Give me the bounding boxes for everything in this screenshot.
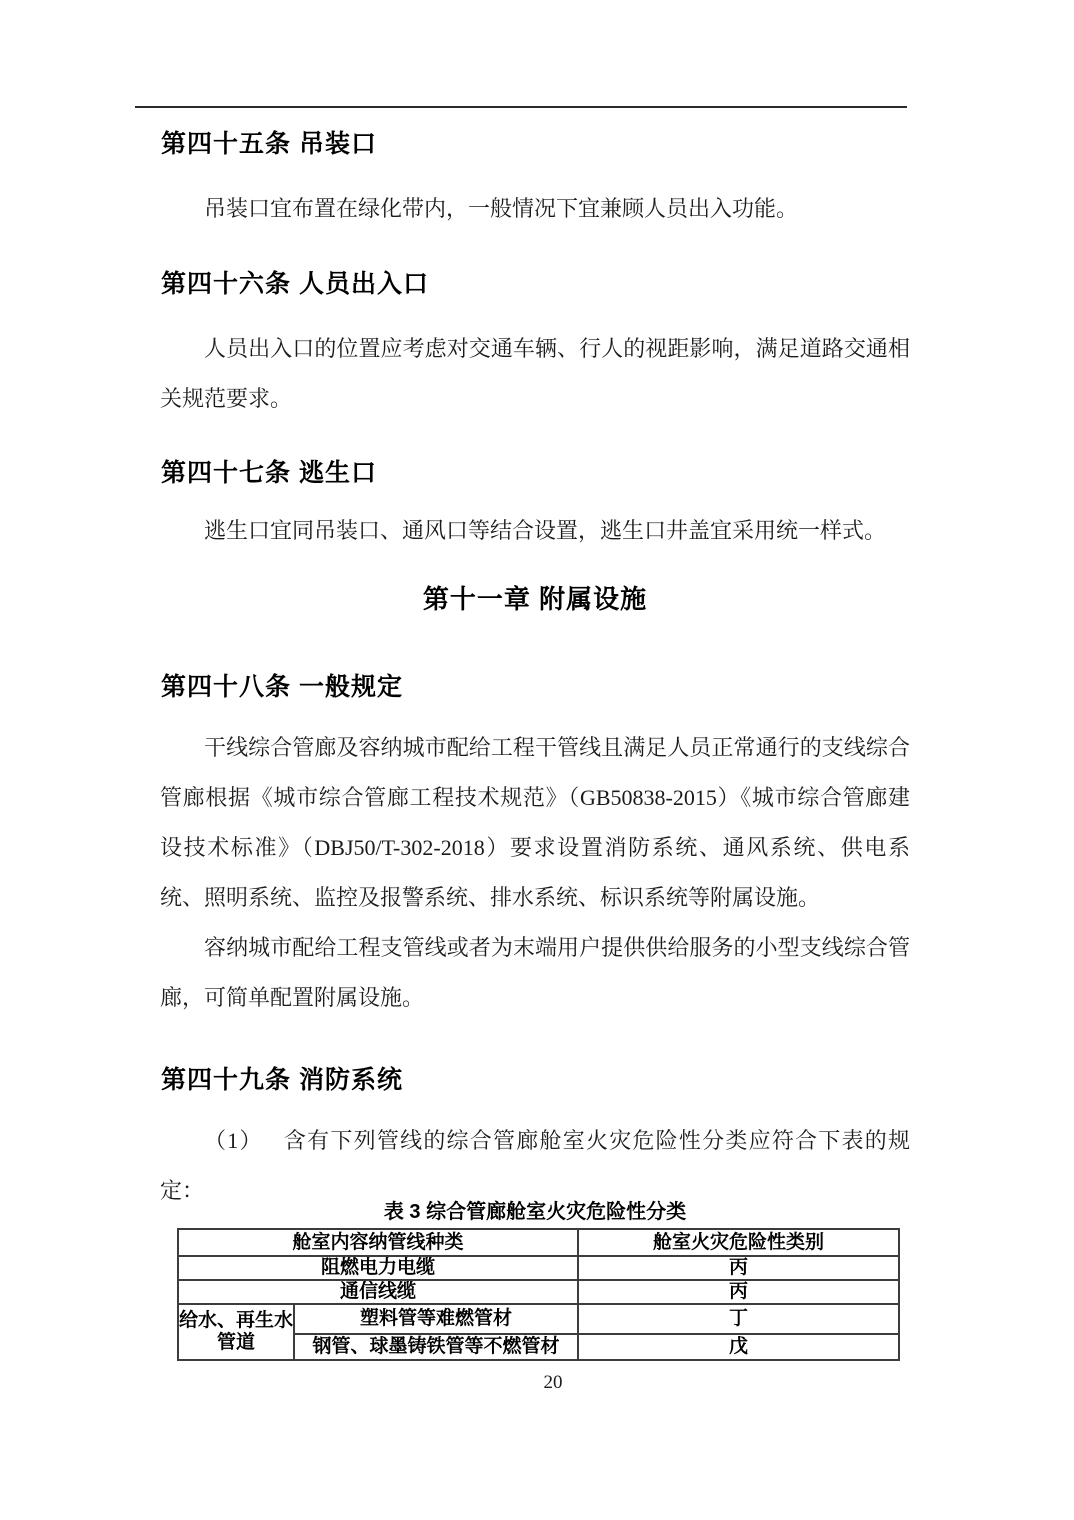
table-cell-hazard: 戊 [578,1334,899,1360]
hazard-classification-table: 舱室内容纳管线种类 舱室火灾危险性类别 阻燃电力电缆 丙 通信线缆 丙 给水、再… [177,1228,900,1361]
table-cell-pipeline: 通信线缆 [178,1280,578,1304]
table-header-pipeline-type: 舱室内容纳管线种类 [178,1229,578,1256]
article-48-paragraph-2: 容纳城市配给工程支管线或者为末端用户提供供给服务的小型支线综合管廊，可简单配置附… [160,923,910,1023]
document-page: 第四十五条 吊装口 吊装口宜布置在绿化带内，一般情况下宜兼顾人员出入功能。 第四… [0,0,1074,1520]
article-48-heading: 第四十八条 一般规定 [161,673,921,701]
table-cell-hazard: 丙 [578,1256,899,1280]
table-cell-hazard: 丁 [578,1304,899,1334]
chapter-11-heading: 第十一章 附属设施 [160,584,910,614]
table-row: 给水、再生水管道 塑料管等难燃管材 丁 [178,1304,899,1334]
table-cell-pipeline: 钢管、球墨铸铁管等不燃管材 [294,1334,578,1360]
article-46-paragraph: 人员出入口的位置应考虑对交通车辆、行人的视距影响，满足道路交通相关规范要求。 [160,324,910,424]
article-47-paragraph: 逃生口宜同吊装口、通风口等结合设置，逃生口井盖宜采用统一样式。 [160,506,910,556]
article-47-heading: 第四十七条 逃生口 [161,459,921,487]
table-cell-pipeline: 阻燃电力电缆 [178,1256,578,1280]
list-item-number: （1） [204,1128,263,1153]
table-header-row: 舱室内容纳管线种类 舱室火灾危险性类别 [178,1229,899,1256]
page-number: 20 [528,1372,578,1394]
table-cell-group-label: 给水、再生水管道 [178,1304,294,1360]
article-45-paragraph: 吊装口宜布置在绿化带内，一般情况下宜兼顾人员出入功能。 [160,184,910,234]
article-46-heading: 第四十六条 人员出入口 [161,270,921,298]
article-45-heading: 第四十五条 吊装口 [161,130,921,158]
table-header-hazard-class: 舱室火灾危险性类别 [578,1229,899,1256]
header-rule-line [135,106,907,108]
table-row: 阻燃电力电缆 丙 [178,1256,899,1280]
table-3-caption: 表 3 综合管廊舱室火灾危险性分类 [160,1195,910,1224]
list-item-text: 含有下列管线的综合管廊舱室火灾危险性分类应符合下表的规定： [160,1128,910,1203]
table-cell-hazard: 丙 [578,1280,899,1304]
article-48-paragraph-1: 干线综合管廊及容纳城市配给工程干管线且满足人员正常通行的支线综合管廊根据《城市综… [160,723,910,923]
article-49-heading: 第四十九条 消防系统 [161,1066,921,1094]
table-cell-pipeline: 塑料管等难燃管材 [294,1304,578,1334]
table-row: 通信线缆 丙 [178,1280,899,1304]
